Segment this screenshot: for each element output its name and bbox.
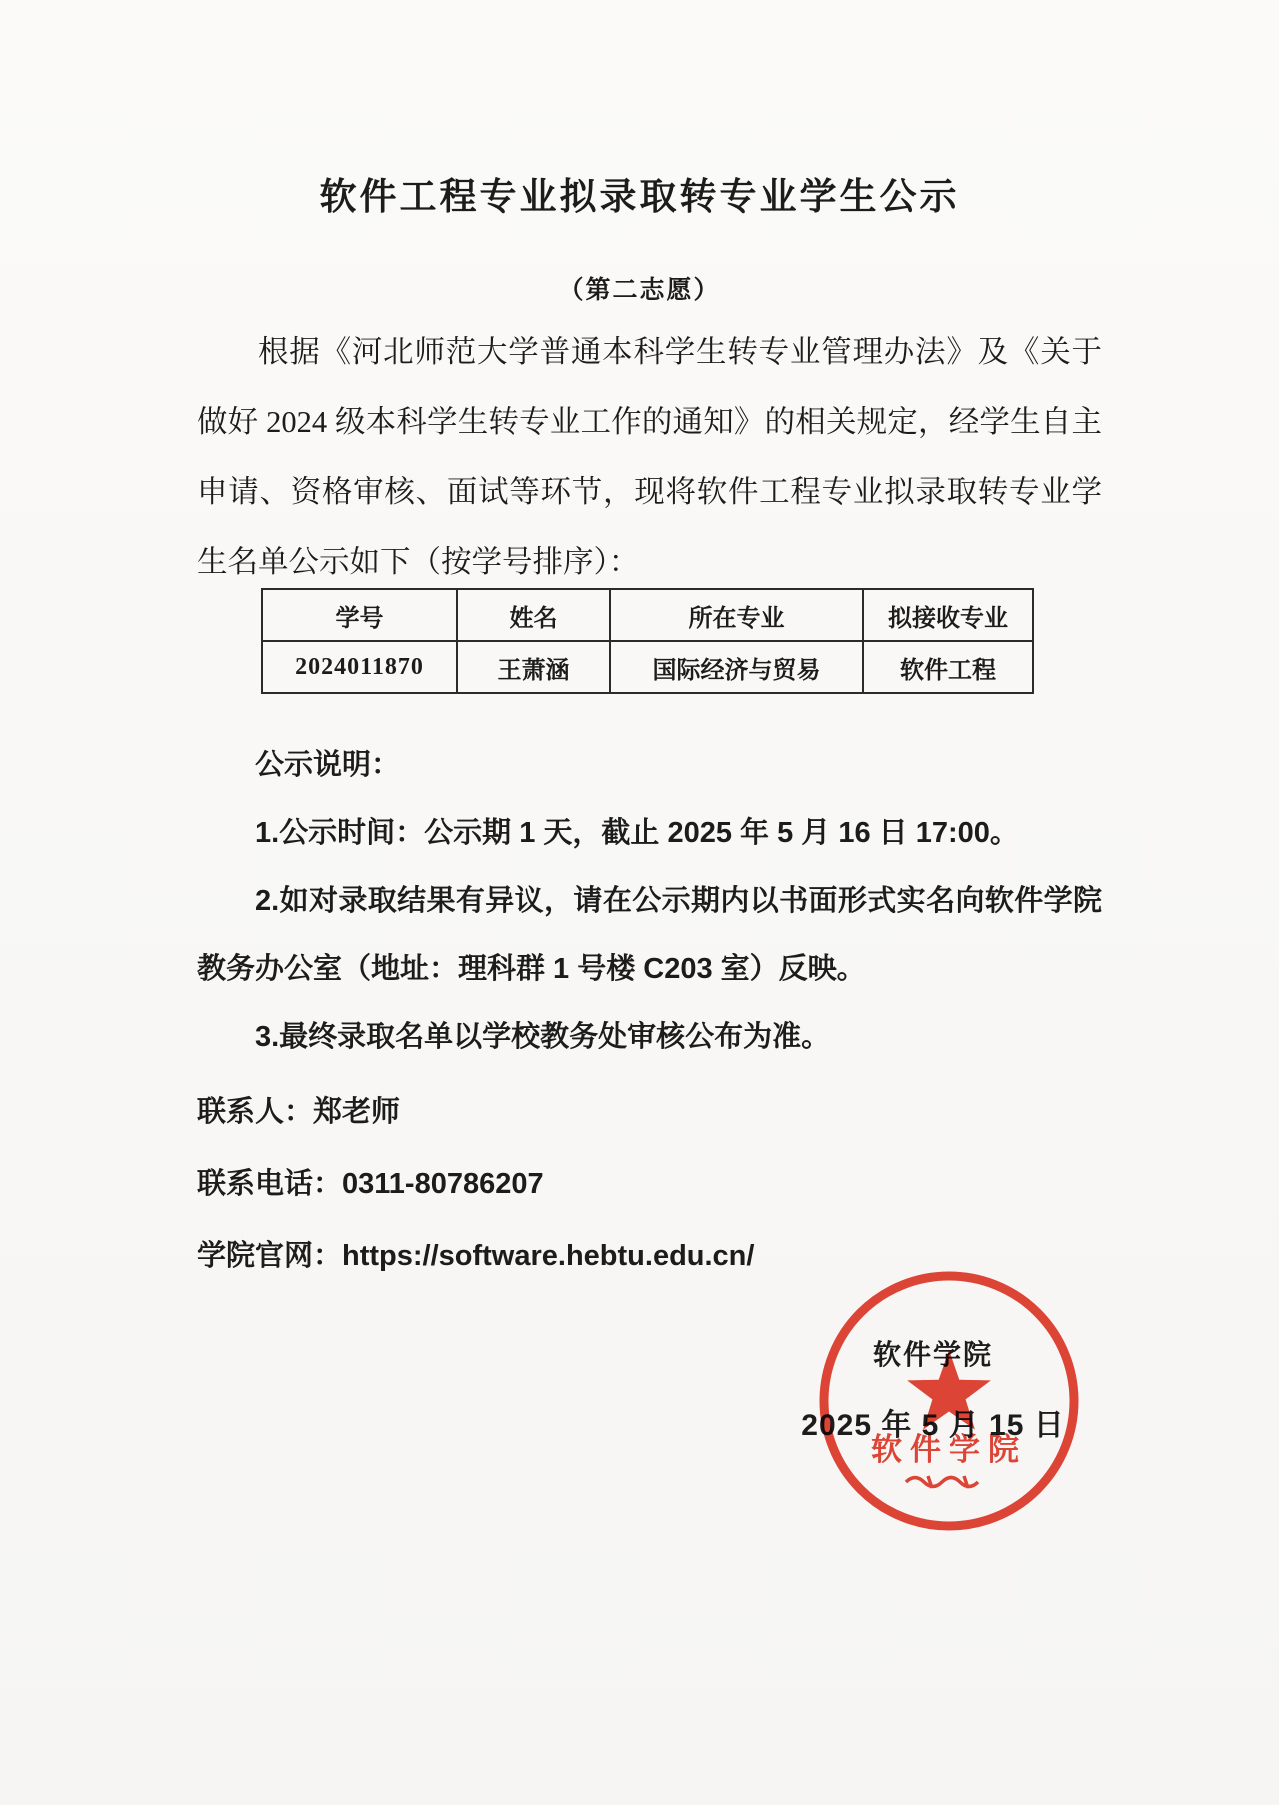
col-header-name: 姓名 [457,589,610,641]
cell-name: 王萧涵 [457,641,610,693]
doc-title: 软件工程专业拟录取转专业学生公示 [0,166,1279,220]
stamp-star-icon [907,1350,991,1430]
cell-current-major: 国际经济与贸易 [610,641,863,693]
contact-phone-line: 联系电话：0311-80786207 [197,1148,1102,1220]
stamp-name-text: 软件学院 [871,1432,1027,1467]
notes-section: 公示说明： 1.公示时间：公示期 1 天，截止 2025 年 5 月 16 日 … [197,731,1102,1071]
cell-target-major: 软件工程 [863,641,1033,693]
announcement-scan-page: 软件工程专业拟录取转专业学生公示 （第二志愿） 根据《河北师范大学普通本科学生转… [0,0,1279,1805]
cell-student-id: 2024011870 [262,641,457,693]
admitted-students-table: 学号 姓名 所在专业 拟接收专业 2024011870 王萧涵 国际经济与贸易 … [261,588,1034,694]
note-item-3: 3.最终录取名单以学校教务处审核公布为准。 [197,1003,1102,1071]
notes-heading: 公示说明： [197,731,1102,799]
doc-subtitle: （第二志愿） [0,270,1279,306]
table-row: 2024011870 王萧涵 国际经济与贸易 软件工程 [262,641,1033,693]
official-stamp: 河北师范大学 软件学院 [806,1258,1092,1544]
stamp-squiggle [906,1476,978,1488]
note-item-2: 2.如对录取结果有异议，请在公示期内以书面形式实名向软件学院教务办公室（地址：理… [197,867,1102,1003]
intro-paragraph: 根据《河北师范大学普通本科学生转专业管理办法》及《关于做好 2024 级本科学生… [197,317,1102,597]
col-header-target-major: 拟接收专业 [863,589,1033,641]
note-item-1: 1.公示时间：公示期 1 天，截止 2025 年 5 月 16 日 17:00。 [197,799,1102,867]
col-header-student-id: 学号 [262,589,457,641]
col-header-current-major: 所在专业 [610,589,863,641]
table-header-row: 学号 姓名 所在专业 拟接收专业 [262,589,1033,641]
contact-person-line: 联系人：郑老师 [197,1076,1102,1148]
